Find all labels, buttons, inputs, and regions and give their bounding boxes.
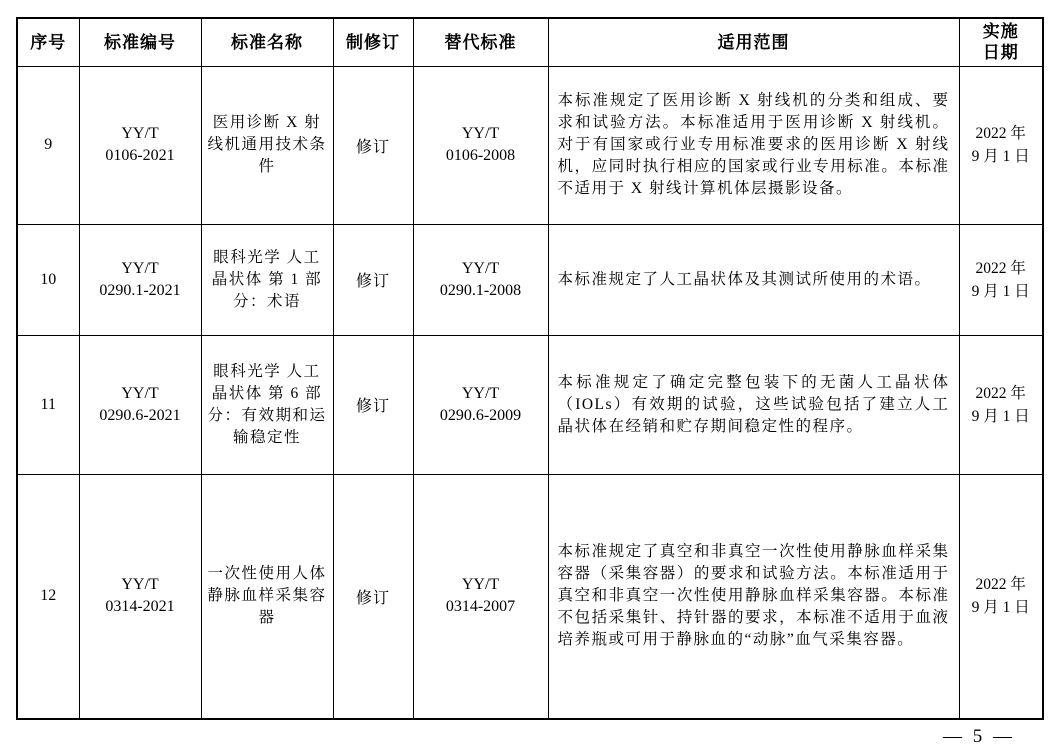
cell-scope: 本标准规定了人工晶状体及其测试所使用的术语。: [548, 224, 959, 335]
cell-standard-name: 一次性使用人体静脉血样采集容器: [201, 474, 333, 719]
code-line-2: 0290.1-2021: [82, 280, 199, 302]
document-page: 序号 标准编号 标准名称 制修订 替代标准 适用范围 实施日期 9 YY/T 0…: [0, 0, 1057, 751]
code-line-1: YY/T: [82, 123, 199, 145]
table-row: 9 YY/T 0106-2021 医用诊断 X 射线机通用技术条件 修订 YY/…: [17, 66, 1043, 224]
cell-implementation-date: 2022 年 9 月 1 日: [959, 474, 1043, 719]
cell-replaced-standard: YY/T 0290.6-2009: [413, 335, 548, 474]
cell-standard-name: 医用诊断 X 射线机通用技术条件: [201, 66, 333, 224]
replaced-line-1: YY/T: [416, 574, 546, 596]
code-line-2: 0290.6-2021: [82, 405, 199, 427]
cell-scope: 本标准规定了医用诊断 X 射线机的分类和组成、要求和试验方法。本标准适用于医用诊…: [548, 66, 959, 224]
replaced-line-2: 0314-2007: [416, 596, 546, 618]
header-seq: 序号: [17, 18, 79, 66]
code-line-1: YY/T: [82, 258, 199, 280]
cell-standard-name: 眼科光学 人工晶状体 第 6 部分：有效期和运输稳定性: [201, 335, 333, 474]
table-row: 10 YY/T 0290.1-2021 眼科光学 人工晶状体 第 1 部分：术语…: [17, 224, 1043, 335]
cell-standard-code: YY/T 0314-2021: [79, 474, 201, 719]
standards-table: 序号 标准编号 标准名称 制修订 替代标准 适用范围 实施日期 9 YY/T 0…: [16, 17, 1044, 720]
cell-revision-type: 修订: [333, 224, 413, 335]
cell-seq: 12: [17, 474, 79, 719]
cell-revision-type: 修订: [333, 66, 413, 224]
cell-standard-code: YY/T 0106-2021: [79, 66, 201, 224]
replaced-line-1: YY/T: [416, 123, 546, 145]
code-line-1: YY/T: [82, 574, 199, 596]
header-standard-code: 标准编号: [79, 18, 201, 66]
date-line-1: 2022 年: [962, 257, 1041, 280]
table-header-row: 序号 标准编号 标准名称 制修订 替代标准 适用范围 实施日期: [17, 18, 1043, 66]
header-standard-name: 标准名称: [201, 18, 333, 66]
cell-replaced-standard: YY/T 0314-2007: [413, 474, 548, 719]
code-line-2: 0106-2021: [82, 145, 199, 167]
code-line-2: 0314-2021: [82, 596, 199, 618]
cell-revision-type: 修订: [333, 474, 413, 719]
date-line-1: 2022 年: [962, 382, 1041, 405]
cell-implementation-date: 2022 年 9 月 1 日: [959, 224, 1043, 335]
cell-standard-code: YY/T 0290.1-2021: [79, 224, 201, 335]
cell-replaced-standard: YY/T 0106-2008: [413, 66, 548, 224]
cell-implementation-date: 2022 年 9 月 1 日: [959, 66, 1043, 224]
date-line-2: 9 月 1 日: [962, 405, 1041, 428]
replaced-line-1: YY/T: [416, 383, 546, 405]
header-revision-type: 制修订: [333, 18, 413, 66]
replaced-line-2: 0290.1-2008: [416, 280, 546, 302]
replaced-line-2: 0106-2008: [416, 145, 546, 167]
header-implementation-date: 实施日期: [959, 18, 1043, 66]
cell-seq: 10: [17, 224, 79, 335]
cell-standard-name: 眼科光学 人工晶状体 第 1 部分：术语: [201, 224, 333, 335]
replaced-line-2: 0290.6-2009: [416, 405, 546, 427]
date-line-2: 9 月 1 日: [962, 596, 1041, 619]
table-row: 11 YY/T 0290.6-2021 眼科光学 人工晶状体 第 6 部分：有效…: [17, 335, 1043, 474]
cell-replaced-standard: YY/T 0290.1-2008: [413, 224, 548, 335]
date-line-2: 9 月 1 日: [962, 145, 1041, 168]
code-line-1: YY/T: [82, 383, 199, 405]
header-implementation-date-label: 实施日期: [982, 21, 1020, 64]
page-number: — 5 —: [943, 726, 1015, 748]
header-replaced-standard: 替代标准: [413, 18, 548, 66]
cell-implementation-date: 2022 年 9 月 1 日: [959, 335, 1043, 474]
cell-revision-type: 修订: [333, 335, 413, 474]
date-line-1: 2022 年: [962, 573, 1041, 596]
cell-seq: 11: [17, 335, 79, 474]
cell-scope: 本标准规定了确定完整包装下的无菌人工晶状体（IOLs）有效期的试验，这些试验包括…: [548, 335, 959, 474]
cell-standard-code: YY/T 0290.6-2021: [79, 335, 201, 474]
table-row: 12 YY/T 0314-2021 一次性使用人体静脉血样采集容器 修订 YY/…: [17, 474, 1043, 719]
cell-seq: 9: [17, 66, 79, 224]
date-line-2: 9 月 1 日: [962, 280, 1041, 303]
date-line-1: 2022 年: [962, 122, 1041, 145]
replaced-line-1: YY/T: [416, 258, 546, 280]
cell-scope: 本标准规定了真空和非真空一次性使用静脉血样采集容器（采集容器）的要求和试验方法。…: [548, 474, 959, 719]
header-scope: 适用范围: [548, 18, 959, 66]
